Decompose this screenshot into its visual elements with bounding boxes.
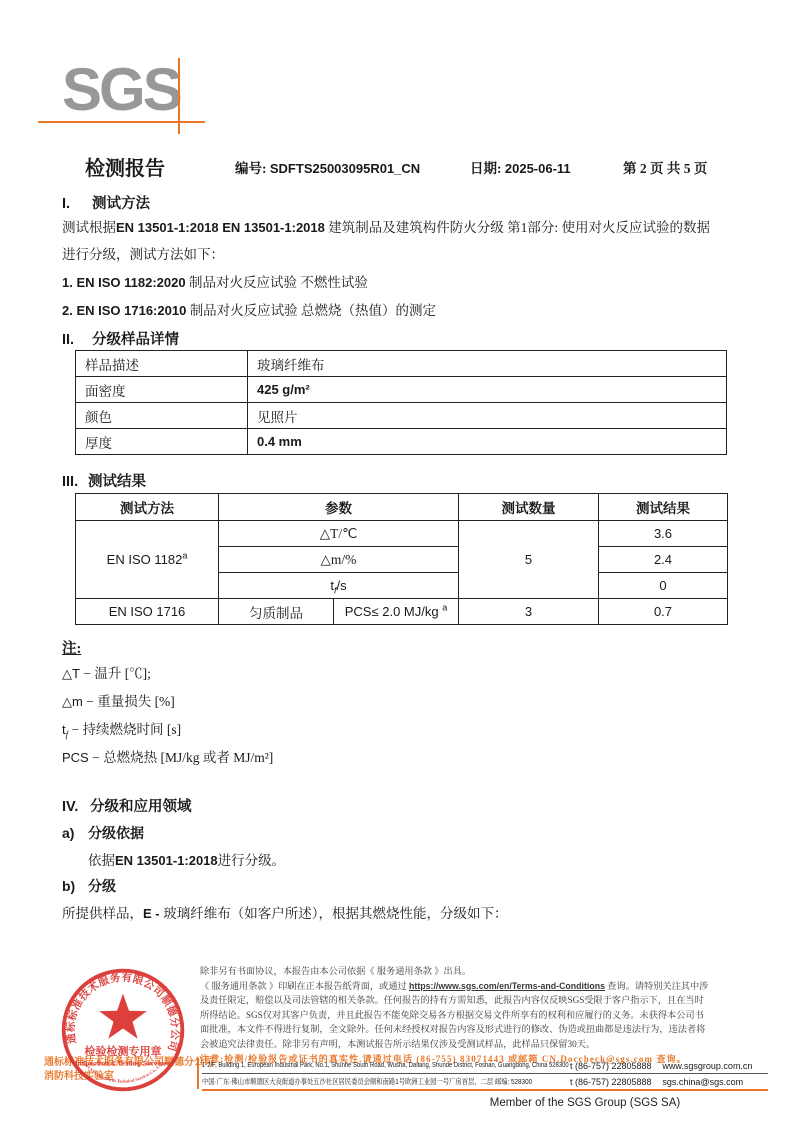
- address-row-cn: 中国·广东·佛山市顺德区大良街道办事处五沙社区居民委员会顺和南路1号欧洲工业园一…: [202, 1074, 768, 1089]
- footnote-mark: a: [442, 603, 447, 613]
- note-item: △m − 重量损失 [%]: [62, 690, 175, 710]
- para-post: 建筑制品及建筑构件防火分级 第1部分: 使用对火反应试验的数据: [325, 220, 710, 235]
- section3-number: III.: [62, 474, 88, 490]
- disclaimer-line: 面批准，本文件不得进行复制，全文除外。任何未经授权对报告内容及形式进行的修改、伪…: [200, 1022, 768, 1037]
- footer-address-block: 1-2/F, Building 1, European Industrial P…: [202, 1058, 768, 1091]
- disclaimer-line: 会被追究法律责任。除非另有声明，本测试报告所示结果仅涉及受测试样品，此样品只保留…: [200, 1037, 768, 1052]
- method-text: 制品对火反应试验 不燃性试验: [186, 275, 368, 290]
- company-stamp: 通标标准技术服务有限公司顺德分公司 SGS-CSTC Standards Tec…: [56, 963, 190, 1097]
- table-row: 面密度 425 g/m²: [76, 377, 727, 403]
- website: www.sgsgroup.com.cn: [662, 1061, 768, 1071]
- test-results-table: 测试方法 参数 测试数量 测试结果 EN ISO 1182a △T/℃ 5 3.…: [75, 493, 728, 625]
- para-pre: 测试根据: [62, 220, 116, 235]
- standard-ref: EN 13501-1:2018 EN 13501-1:2018: [116, 220, 325, 235]
- section4b-number: b): [62, 878, 88, 894]
- sgs-member-line: Member of the SGS Group (SGS SA): [420, 1097, 750, 1109]
- quantity-cell: 3: [459, 599, 599, 625]
- result-cell: 3.6: [599, 521, 728, 547]
- result-cell: 0.7: [599, 599, 728, 625]
- note-text: − 总燃烧热 [MJ/kg 或者 MJ/m²]: [89, 750, 274, 765]
- table-header-row: 测试方法 参数 测试数量 测试结果: [76, 494, 728, 521]
- table-row: EN ISO 1716 匀质制品 PCS≤ 2.0 MJ/kg a 3 0.7: [76, 599, 728, 625]
- disclaimer-text: 《 服务通用条款 》印刷在正本报告纸背面，或通过: [200, 981, 409, 991]
- table-row: 厚度 0.4 mm: [76, 429, 727, 455]
- section4b-title: 分级: [88, 880, 116, 895]
- section3-title: 测试结果: [88, 474, 146, 490]
- section4a-heading: a)分级依据: [62, 823, 144, 843]
- disclaimer-line: 《 服务通用条款 》印刷在正本报告纸背面，或通过 https://www.sgs…: [200, 979, 768, 994]
- standard-ref: EN 13501-1:2018: [115, 853, 218, 868]
- note-item: PCS − 总燃烧热 [MJ/kg 或者 MJ/m²]: [62, 746, 273, 766]
- section3-heading: III.测试结果: [62, 470, 146, 491]
- text-pre: 依据: [88, 853, 115, 868]
- note-symbol: PCS: [62, 750, 89, 765]
- section1-paragraph-line2: 进行分级，测试方法如下：: [62, 243, 224, 263]
- result-cell: 2.4: [599, 547, 728, 573]
- section4-number: IV.: [62, 799, 90, 815]
- row-value: 见照片: [248, 403, 727, 429]
- table-row: 颜色 见照片: [76, 403, 727, 429]
- stamp-subtitle: Inspection & Testing Services: [76, 1060, 171, 1067]
- row-label: 样品描述: [76, 351, 248, 377]
- text-post: 进行分级。: [218, 853, 286, 868]
- note-symbol: △T: [62, 666, 80, 681]
- row-value: 425 g/m²: [248, 377, 727, 403]
- logo-vertical-line: [178, 58, 180, 134]
- sample-code: E -: [143, 906, 163, 921]
- method-name: EN ISO 1182: [107, 552, 183, 567]
- note-text: − 重量损失 [%]: [83, 694, 175, 709]
- address-en: 1-2/F, Building 1, European Industrial P…: [202, 1062, 511, 1069]
- disclaimer-line: 所得结论。SGS仅对其客户负责，并且此报告不能免除交易各方根据交易文件所享有的权…: [200, 1008, 768, 1023]
- section4a-number: a): [62, 825, 88, 841]
- row-label: 厚度: [76, 429, 248, 455]
- standard-ref: 2. EN ISO 1716:2010: [62, 303, 186, 318]
- report-header: 检测报告 编号: SDFTS25003095R01_CN 日期: 2025-06…: [0, 152, 800, 180]
- note-text: − 温升 [℃];: [80, 666, 151, 681]
- phone: t (86-757) 22805888: [570, 1077, 662, 1087]
- param-cell: 匀质制品: [219, 599, 334, 625]
- report-number-label: 编号:: [235, 161, 267, 176]
- section4a-title: 分级依据: [88, 827, 144, 842]
- phone: t (86-757) 22805888: [570, 1061, 662, 1071]
- section4b-heading: b)分级: [62, 876, 116, 896]
- standard-ref: 1. EN ISO 1182:2020: [62, 275, 186, 290]
- section4b-text: 所提供样品，E - 玻璃纤维布（如客户所述），根据其燃烧性能，分级如下：: [62, 902, 507, 922]
- section2-title: 分级样品详情: [92, 332, 179, 348]
- col-header: 测试结果: [599, 494, 728, 521]
- stamp-title: 检验检测专用章: [85, 1044, 162, 1058]
- quantity-cell: 5: [459, 521, 599, 599]
- note-item: △T − 温升 [℃];: [62, 662, 151, 682]
- address-cn: 中国·广东·佛山市顺德区大良街道办事处五沙社区居民委员会顺和南路1号欧洲工业园一…: [202, 1076, 511, 1087]
- row-value: 玻璃纤维布: [248, 351, 727, 377]
- report-number: 编号: SDFTS25003095R01_CN: [235, 157, 420, 177]
- note-item: tf − 持续燃烧时间 [s]: [62, 718, 181, 738]
- sample-details-table: 样品描述 玻璃纤维布 面密度 425 g/m² 颜色 见照片 厚度 0.4 mm: [75, 350, 727, 455]
- method-cell: EN ISO 1716: [76, 599, 219, 625]
- section1-heading: I.测试方法: [62, 192, 150, 213]
- footnote-mark: a: [182, 551, 187, 561]
- method-cell: EN ISO 1182a: [76, 521, 219, 599]
- row-label: 面密度: [76, 377, 248, 403]
- param-cell: △T/℃: [219, 521, 459, 547]
- disclaimer-line: 及责任限定，赔偿以及司法管辖的相关条款。任何报告的持有方需知悉，此报告内容仅反映…: [200, 993, 768, 1008]
- section1-method-item2: 2. EN ISO 1716:2010 制品对火反应试验 总燃烧（热值）的测定: [62, 299, 436, 319]
- section2-number: II.: [62, 332, 92, 348]
- note-symbol: △m: [62, 694, 83, 709]
- page-title: 检测报告: [85, 152, 165, 181]
- section4a-text: 依据EN 13501-1:2018进行分级。: [88, 849, 285, 869]
- sgs-logo-text: SGS: [62, 56, 180, 123]
- notes-heading: 注:: [62, 637, 81, 658]
- section1-title: 测试方法: [92, 196, 150, 212]
- param-cell: tf/s: [219, 573, 459, 599]
- email: sgs.china@sgs.com: [662, 1077, 768, 1087]
- table-row: EN ISO 1182a △T/℃ 5 3.6: [76, 521, 728, 547]
- address-left-rule: [197, 1058, 199, 1089]
- section4-heading: IV.分级和应用领域: [62, 795, 192, 816]
- col-header: 测试数量: [459, 494, 599, 521]
- report-date-label: 日期:: [470, 161, 502, 176]
- star-icon: [99, 994, 146, 1039]
- param-cell: △m/%: [219, 547, 459, 573]
- param-text: PCS≤ 2.0 MJ/kg: [345, 604, 439, 619]
- param-rest: /s: [337, 578, 347, 593]
- section1-paragraph-line1: 测试根据EN 13501-1:2018 EN 13501-1:2018 建筑制品…: [62, 216, 710, 236]
- text-pre: 所提供样品，: [62, 906, 143, 921]
- address-row-en: 1-2/F, Building 1, European Industrial P…: [202, 1058, 768, 1074]
- stamp-circle: [64, 971, 183, 1090]
- section1-method-item1: 1. EN ISO 1182:2020 制品对火反应试验 不燃性试验: [62, 271, 368, 291]
- report-page: SGS 检测报告 编号: SDFTS25003095R01_CN 日期: 202…: [0, 0, 800, 1131]
- report-number-value: SDFTS25003095R01_CN: [270, 161, 420, 176]
- col-header: 测试方法: [76, 494, 219, 521]
- row-value: 0.4 mm: [248, 429, 727, 455]
- method-text: 制品对火反应试验 总燃烧（热值）的测定: [186, 303, 436, 318]
- disclaimer-text: 查询。请特别关注其中涉: [605, 981, 708, 991]
- result-cell: 0: [599, 573, 728, 599]
- terms-link: https://www.sgs.com/en/Terms-and-Conditi…: [409, 981, 605, 991]
- disclaimer-line: 除非另有书面协议，本报告由本公司依据《 服务通用条款 》出具。: [200, 964, 768, 979]
- report-date-value: 2025-06-11: [505, 161, 571, 176]
- col-header: 参数: [219, 494, 459, 521]
- text-post: 玻璃纤维布（如客户所述），根据其燃烧性能，分级如下：: [163, 906, 507, 921]
- table-row: 样品描述 玻璃纤维布: [76, 351, 727, 377]
- report-date: 日期: 2025-06-11: [470, 157, 571, 177]
- sgs-logo: SGS: [62, 60, 180, 120]
- section2-heading: II.分级样品详情: [62, 328, 179, 349]
- section4-title: 分级和应用领域: [90, 799, 192, 815]
- page-indicator: 第 2 页 共 5 页: [623, 157, 707, 177]
- param-cell: PCS≤ 2.0 MJ/kg a: [334, 599, 459, 625]
- section1-number: I.: [62, 196, 92, 212]
- note-text: − 持续燃烧时间 [s]: [68, 722, 181, 737]
- footer-disclaimer: 除非另有书面协议，本报告由本公司依据《 服务通用条款 》出具。 《 服务通用条款…: [200, 964, 768, 1065]
- row-label: 颜色: [76, 403, 248, 429]
